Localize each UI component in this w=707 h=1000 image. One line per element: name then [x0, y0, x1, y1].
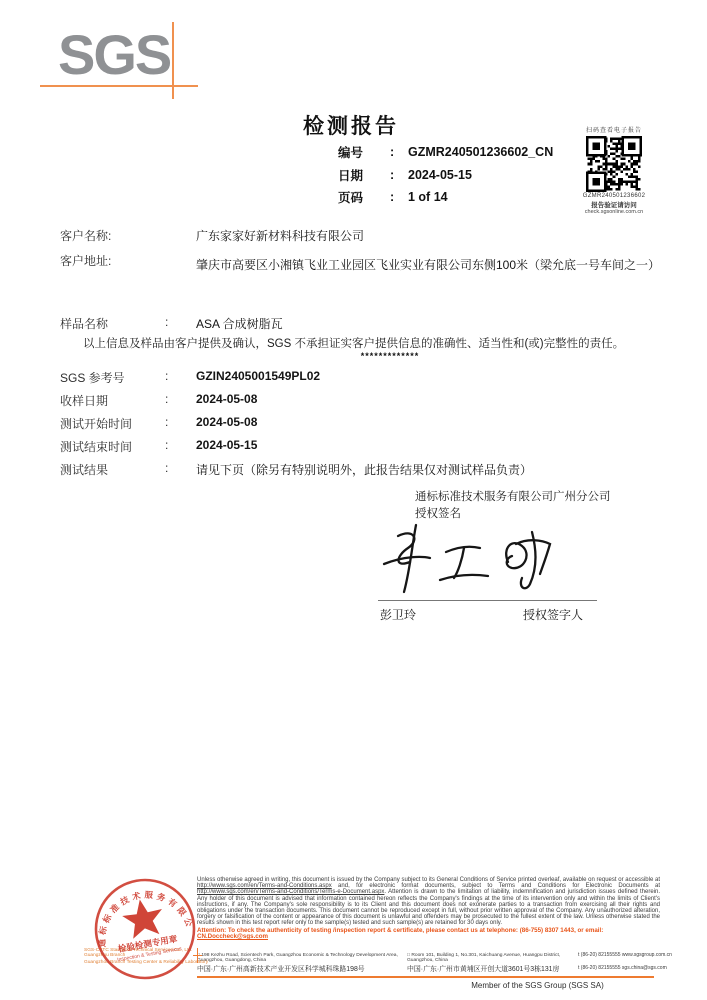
page-title: 检测报告 — [303, 110, 399, 140]
client-name-value: 广东家家好新材料科技有限公司 — [196, 227, 364, 244]
client-address-label: 客户地址: — [60, 252, 111, 269]
meta-row-page: 页码 : 1 of 14 — [338, 186, 553, 209]
sample-name-value: ASA 合成树脂瓦 — [196, 315, 283, 332]
qr-verify-label: 报告验证请访问 — [572, 200, 656, 209]
footer-legal-column: Unless otherwise agreed in writing, this… — [197, 877, 660, 941]
contact-phone-web: t (86-20) 82155555 www.sgsgroup.com.cn — [578, 953, 675, 964]
sgs-logo: SGS — [58, 22, 170, 87]
meta-colon: : — [390, 190, 408, 204]
meta-row-number: 编号 : GZMR240501236602_CN — [338, 141, 553, 164]
test-result-value: 请见下页（除另有特别说明外，此报告结果仅对测试样品负责） — [196, 461, 532, 478]
test-result-label: 测试结果 — [60, 461, 108, 478]
crop-mark-vertical — [172, 22, 174, 99]
qr-report-number: GZMR240501236602 — [572, 193, 656, 199]
qr-block: 扫码查看电子报告 GZMR240501236602 报告验证请访问 check.… — [572, 125, 656, 215]
test-start-label: 测试开始时间 — [60, 415, 132, 432]
signer-name: 彭卫玲 — [380, 606, 416, 623]
company-stamp-seal: 通标标准技术服务有限公司广州分公司 检验检测专用章 Inspection & T… — [81, 865, 208, 992]
test-start-value: 2024-05-08 — [196, 415, 257, 429]
address-left-en: □ 198 Kezhu Road, Scientech Park, Guangz… — [197, 953, 404, 964]
handwritten-signature — [372, 520, 602, 600]
signature-line — [378, 600, 597, 601]
footer-orange-rule — [197, 976, 654, 978]
colon: : — [165, 369, 168, 383]
qr-code — [586, 136, 642, 192]
colon: : — [165, 392, 168, 406]
received-date-label: 收样日期 — [60, 392, 108, 409]
meta-label: 编号 — [338, 143, 390, 161]
legal-terms-paragraph: Unless otherwise agreed in writing, this… — [197, 877, 660, 927]
client-address-value: 肇庆市高要区小湘镇飞业工业园区飞业实业有限公司东侧100米（梁允底一号车间之一） — [196, 252, 658, 279]
address-right-en: □ Room 101, Building 1, No.301, Kaichuan… — [407, 953, 575, 964]
doccheck-email-link[interactable]: CN.Doccheck@sgs.com — [197, 933, 268, 940]
contact-phone-email: t (86-20) 82155555 sgs.china@sgs.com — [578, 966, 675, 974]
sample-name-label: 样品名称 — [60, 315, 108, 332]
signer-role: 授权签字人 — [523, 606, 583, 623]
sgs-member-line: Member of the SGS Group (SGS SA) — [420, 981, 655, 990]
sample-colon: : — [165, 315, 168, 329]
qr-verify-url[interactable]: check.sgsonline.com.cn — [572, 209, 656, 215]
test-end-label: 测试结束时间 — [60, 438, 132, 455]
address-right-cn: 中国·广东·广州市黄埔区开创大道3601号3栋131房 — [407, 966, 575, 974]
qr-caption: 扫码查看电子报告 — [572, 125, 656, 134]
separator-stars: ************* — [315, 351, 465, 361]
client-name-label: 客户名称: — [60, 227, 111, 244]
report-meta: 编号 : GZMR240501236602_CN 日期 : 2024-05-15… — [338, 141, 553, 209]
terms-link[interactable]: http://www.sgs.com/en/Terms-and-Conditio… — [197, 883, 332, 889]
report-date: 2024-05-15 — [408, 168, 553, 182]
authorized-signature-label: 授权签名 — [415, 505, 461, 521]
test-end-value: 2024-05-15 — [196, 438, 257, 452]
received-date-value: 2024-05-08 — [196, 392, 257, 406]
footer-addresses: □ 198 Kezhu Road, Scientech Park, Guangz… — [197, 953, 669, 973]
meta-colon: : — [390, 168, 408, 182]
disclaimer-text: 以上信息及样品由客户提供及确认，SGS 不承担证实客户提供信息的准确性、适当性和… — [60, 335, 652, 351]
report-page: SGS 检测报告 编号 : GZMR240501236602_CN 日期 : 2… — [0, 0, 707, 1000]
meta-row-date: 日期 : 2024-05-15 — [338, 164, 553, 187]
colon: : — [165, 438, 168, 452]
colon: : — [165, 461, 168, 475]
meta-label: 页码 — [338, 188, 390, 206]
sgs-ref-label: SGS 参考号 — [60, 369, 125, 386]
authenticity-attention: Attention: To check the authenticity of … — [197, 928, 660, 942]
address-left-cn: 中国·广东·广州高新技术产业开发区科学城科珠路198号 — [197, 966, 404, 974]
meta-label: 日期 — [338, 166, 390, 184]
issuing-company: 通标标准技术服务有限公司广州分公司 — [415, 488, 611, 504]
report-number: GZMR240501236602_CN — [408, 145, 553, 159]
crop-mark-horizontal — [40, 85, 198, 87]
meta-colon: : — [390, 145, 408, 159]
e-document-terms-link[interactable]: http://www.sgs.com/en/Terms-and-Conditio… — [197, 889, 384, 895]
page-count: 1 of 14 — [408, 190, 553, 204]
colon: : — [165, 415, 168, 429]
sgs-ref-value: GZIN2405001549PL02 — [196, 369, 320, 383]
